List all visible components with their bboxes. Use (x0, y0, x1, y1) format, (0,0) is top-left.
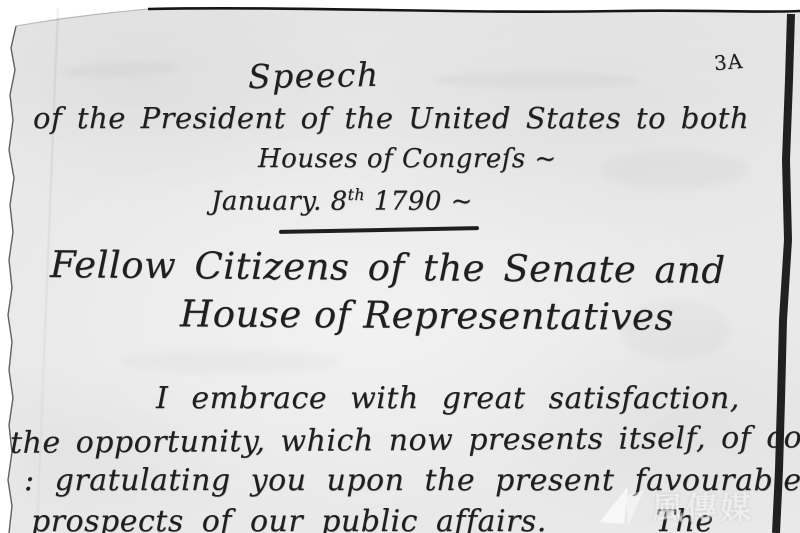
body-line2: the opportunity, which now presents itse… (10, 420, 800, 461)
salutation-line2: House of Representatives (180, 292, 674, 338)
storm-media-logo-icon (598, 484, 646, 528)
body-line1: I embrace with great satisfaction, (156, 381, 740, 416)
scanned-document: 3A Speech of the President of the United… (0, 0, 800, 533)
bleedthrough-smudge (600, 150, 750, 190)
salutation-line1: Fellow Citizens of the Senate and (50, 243, 726, 292)
bleedthrough-smudge (430, 72, 640, 88)
date-day: January. 8 (211, 187, 348, 217)
document-subtitle-line1: of the President of the United States to… (33, 101, 749, 135)
date-superscript: th (348, 186, 365, 204)
document-title: Speech (248, 55, 380, 96)
media-watermark: 風傳媒 (598, 483, 754, 528)
document-subtitle-line2: Houses of Congreſs ~ (258, 144, 557, 174)
watermark-text: 風傳媒 (652, 483, 754, 528)
bleedthrough-smudge (120, 350, 340, 374)
document-date: January. 8th 1790 ~ (211, 186, 473, 217)
date-year: 1790 ~ (365, 187, 473, 217)
archival-page-marking: 3A (713, 49, 744, 75)
